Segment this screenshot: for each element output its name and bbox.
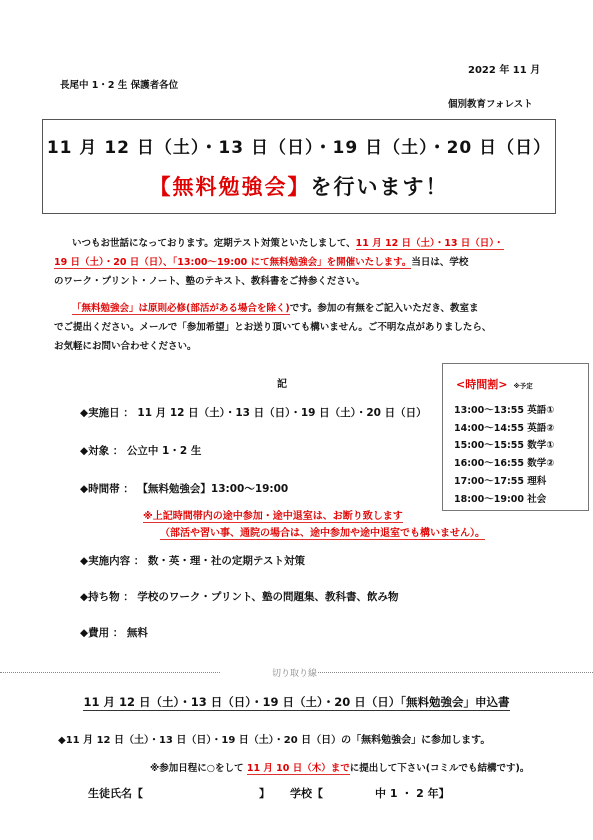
detail-value: 無料 bbox=[127, 627, 148, 639]
schedule-row: 16:00～16:55 数学② bbox=[454, 455, 554, 473]
headline-dates: 11 月 12 日（土）・13 日（日）・19 日（土）・20 日（日） bbox=[43, 133, 555, 158]
participation-statement: ◆11 月 12 日（土）・13 日（日）・19 日（土）・20 日（日）の「無… bbox=[58, 731, 490, 746]
attendance-paragraph: 「無料勉強会」は原則必修(部活がある場合を除く)です。参加の有無をご記入いただき… bbox=[72, 299, 532, 356]
schedule-time: 13:00～13:55 bbox=[454, 405, 524, 416]
schedule-row: 13:00～13:55 英語① bbox=[454, 402, 554, 420]
intro-paragraph: いつもお世話になっております。定期テスト対策といたしまして、11 月 12 日（… bbox=[72, 234, 532, 291]
schedule-box: <時間割>※予定 13:00～13:55 英語① 14:00～14:55 英語②… bbox=[442, 363, 589, 511]
detail-content: ◆実施内容 ： 数・英・理・社の定期テスト対策 bbox=[80, 553, 305, 568]
notice-text: ※上記時間帯内の途中参加・途中退室は、お断り致します bbox=[143, 511, 403, 523]
cut-line-right bbox=[318, 672, 593, 673]
detail-label: ◆実施日 ： bbox=[80, 407, 134, 419]
cut-line-label: 切り取り線 bbox=[272, 666, 317, 679]
attendance-text: でご提出ください。メールで「参加希望」とお送り頂いても構いません。ご不明な点があ… bbox=[54, 318, 532, 337]
mandatory-highlight: 「無料勉強会」は原則必修(部活がある場合を除く) bbox=[72, 303, 290, 315]
detail-label: ◆対象 ： bbox=[80, 445, 123, 457]
intro-text: のワーク・プリント・ノート、塾のテキスト、教科書をご持参ください。 bbox=[54, 272, 532, 291]
detail-value: 公立中 1・2 生 bbox=[127, 445, 201, 457]
schedule-time: 14:00～14:55 bbox=[454, 423, 524, 434]
school-label: 学校【 bbox=[290, 787, 323, 800]
schedule-subject: 社会 bbox=[527, 494, 546, 505]
detail-time: ◆時間帯 ： 【無料勉強会】13:00～19:00 bbox=[80, 481, 288, 496]
headline-box: 11 月 12 日（土）・13 日（日）・19 日（土）・20 日（日） 【無料… bbox=[42, 119, 556, 214]
notice-text: （部活や習い事、通院の場合は、途中参加や途中退室でも構いません）。 bbox=[160, 528, 485, 540]
school-grade-suffix[interactable]: 中 1 ・ 2 年】 bbox=[375, 787, 450, 800]
attendance-text: お気軽にお問い合わせください。 bbox=[54, 337, 532, 356]
schedule-title-text: <時間割> bbox=[456, 378, 507, 391]
headline-title: 【無料勉強会】を行います！ bbox=[43, 171, 555, 201]
schedule-subject: 数学① bbox=[527, 440, 554, 451]
detail-target: ◆対象 ： 公立中 1・2 生 bbox=[80, 443, 201, 458]
schedule-row: 14:00～14:55 英語② bbox=[454, 420, 554, 438]
schedule-row: 17:00～17:55 理科 bbox=[454, 473, 554, 491]
schedule-list: 13:00～13:55 英語① 14:00～14:55 英語② 15:00～15… bbox=[454, 402, 554, 508]
student-info-line: 生徒氏名【】学校【中 1 ・ 2 年】 bbox=[88, 785, 450, 801]
detail-label: ◆実施内容 ： bbox=[80, 555, 144, 567]
schedule-subject: 理科 bbox=[527, 476, 546, 487]
sender-name: 個別教育フォレスト bbox=[448, 96, 533, 110]
notice-line-2: （部活や習い事、通院の場合は、途中参加や途中退室でも構いません）。 bbox=[160, 524, 485, 539]
ki-heading: 記 bbox=[277, 375, 287, 390]
detail-label: ◆時間帯 ： bbox=[80, 483, 134, 495]
schedule-time: 18:00～19:00 bbox=[454, 494, 524, 505]
detail-label: ◆費用 ： bbox=[80, 627, 123, 639]
instruction-text: に提出して下さい(コミルでも結構です)。 bbox=[350, 763, 530, 774]
document-date: 2022 年 11 月 bbox=[468, 61, 540, 76]
notice-line-1: ※上記時間帯内の途中参加・途中退室は、お断り致します bbox=[143, 507, 403, 522]
schedule-row: 15:00～15:55 数学① bbox=[454, 437, 554, 455]
detail-fee: ◆費用 ： 無料 bbox=[80, 625, 148, 640]
intro-text: 当日は、学校 bbox=[411, 257, 468, 268]
intro-event-highlight: 19 日（土）・20 日（日）、「13:00～19:00 にて無料勉強会」を開催… bbox=[54, 257, 411, 269]
schedule-subject: 英語② bbox=[527, 423, 554, 434]
detail-value: 数・英・理・社の定期テスト対策 bbox=[148, 555, 305, 567]
schedule-row: 18:00～19:00 社会 bbox=[454, 491, 554, 509]
cut-line-left bbox=[0, 672, 220, 673]
intro-text: いつもお世話になっております。定期テスト対策といたしまして、 bbox=[72, 238, 356, 249]
detail-value: 【無料勉強会】13:00～19:00 bbox=[137, 483, 288, 495]
schedule-subject: 英語① bbox=[527, 405, 554, 416]
form-title-text: 11 月 12 日（土）・13 日（日）・19 日（土）・20 日（日）「無料勉… bbox=[83, 695, 509, 711]
schedule-time: 15:00～15:55 bbox=[454, 440, 524, 451]
schedule-subject: 数学② bbox=[527, 458, 554, 469]
detail-value: 学校のワーク・プリント、塾の問題集、教科書、飲み物 bbox=[137, 591, 398, 603]
bracket-close: 】 bbox=[259, 787, 270, 800]
attendance-text: です。参加の有無をご記入いただき、教室ま bbox=[290, 303, 479, 314]
schedule-time: 16:00～16:55 bbox=[454, 458, 524, 469]
schedule-title: <時間割>※予定 bbox=[456, 376, 533, 392]
detail-value: 11 月 12 日（土）・13 日（日）・19 日（土）・20 日（日） bbox=[137, 407, 426, 419]
schedule-time: 17:00～17:55 bbox=[454, 476, 524, 487]
instruction-text: ※参加日程に○をして bbox=[150, 763, 247, 774]
headline-title-rest: を行います！ bbox=[311, 175, 449, 199]
recipient-line: 長尾中 1・2 生 保護者各位 bbox=[60, 77, 178, 91]
deadline-highlight: 11 月 10 日（木）まで bbox=[247, 763, 350, 775]
intro-dates-highlight: 11 月 12 日（土）・13 日（日）・ bbox=[356, 238, 504, 250]
detail-belongings: ◆持ち物 ： 学校のワーク・プリント、塾の問題集、教科書、飲み物 bbox=[80, 589, 399, 604]
headline-title-highlight: 【無料勉強会】 bbox=[150, 175, 311, 199]
form-title: 11 月 12 日（土）・13 日（日）・19 日（土）・20 日（日）「無料勉… bbox=[0, 694, 593, 710]
student-name-label: 生徒氏名【 bbox=[88, 787, 143, 800]
schedule-note: ※予定 bbox=[513, 382, 532, 390]
submission-instruction: ※参加日程に○をして 11 月 10 日（木）までに提出して下さい(コミルでも結… bbox=[150, 760, 529, 774]
detail-label: ◆持ち物 ： bbox=[80, 591, 134, 603]
detail-date: ◆実施日 ： 11 月 12 日（土）・13 日（日）・19 日（土）・20 日… bbox=[80, 405, 427, 420]
